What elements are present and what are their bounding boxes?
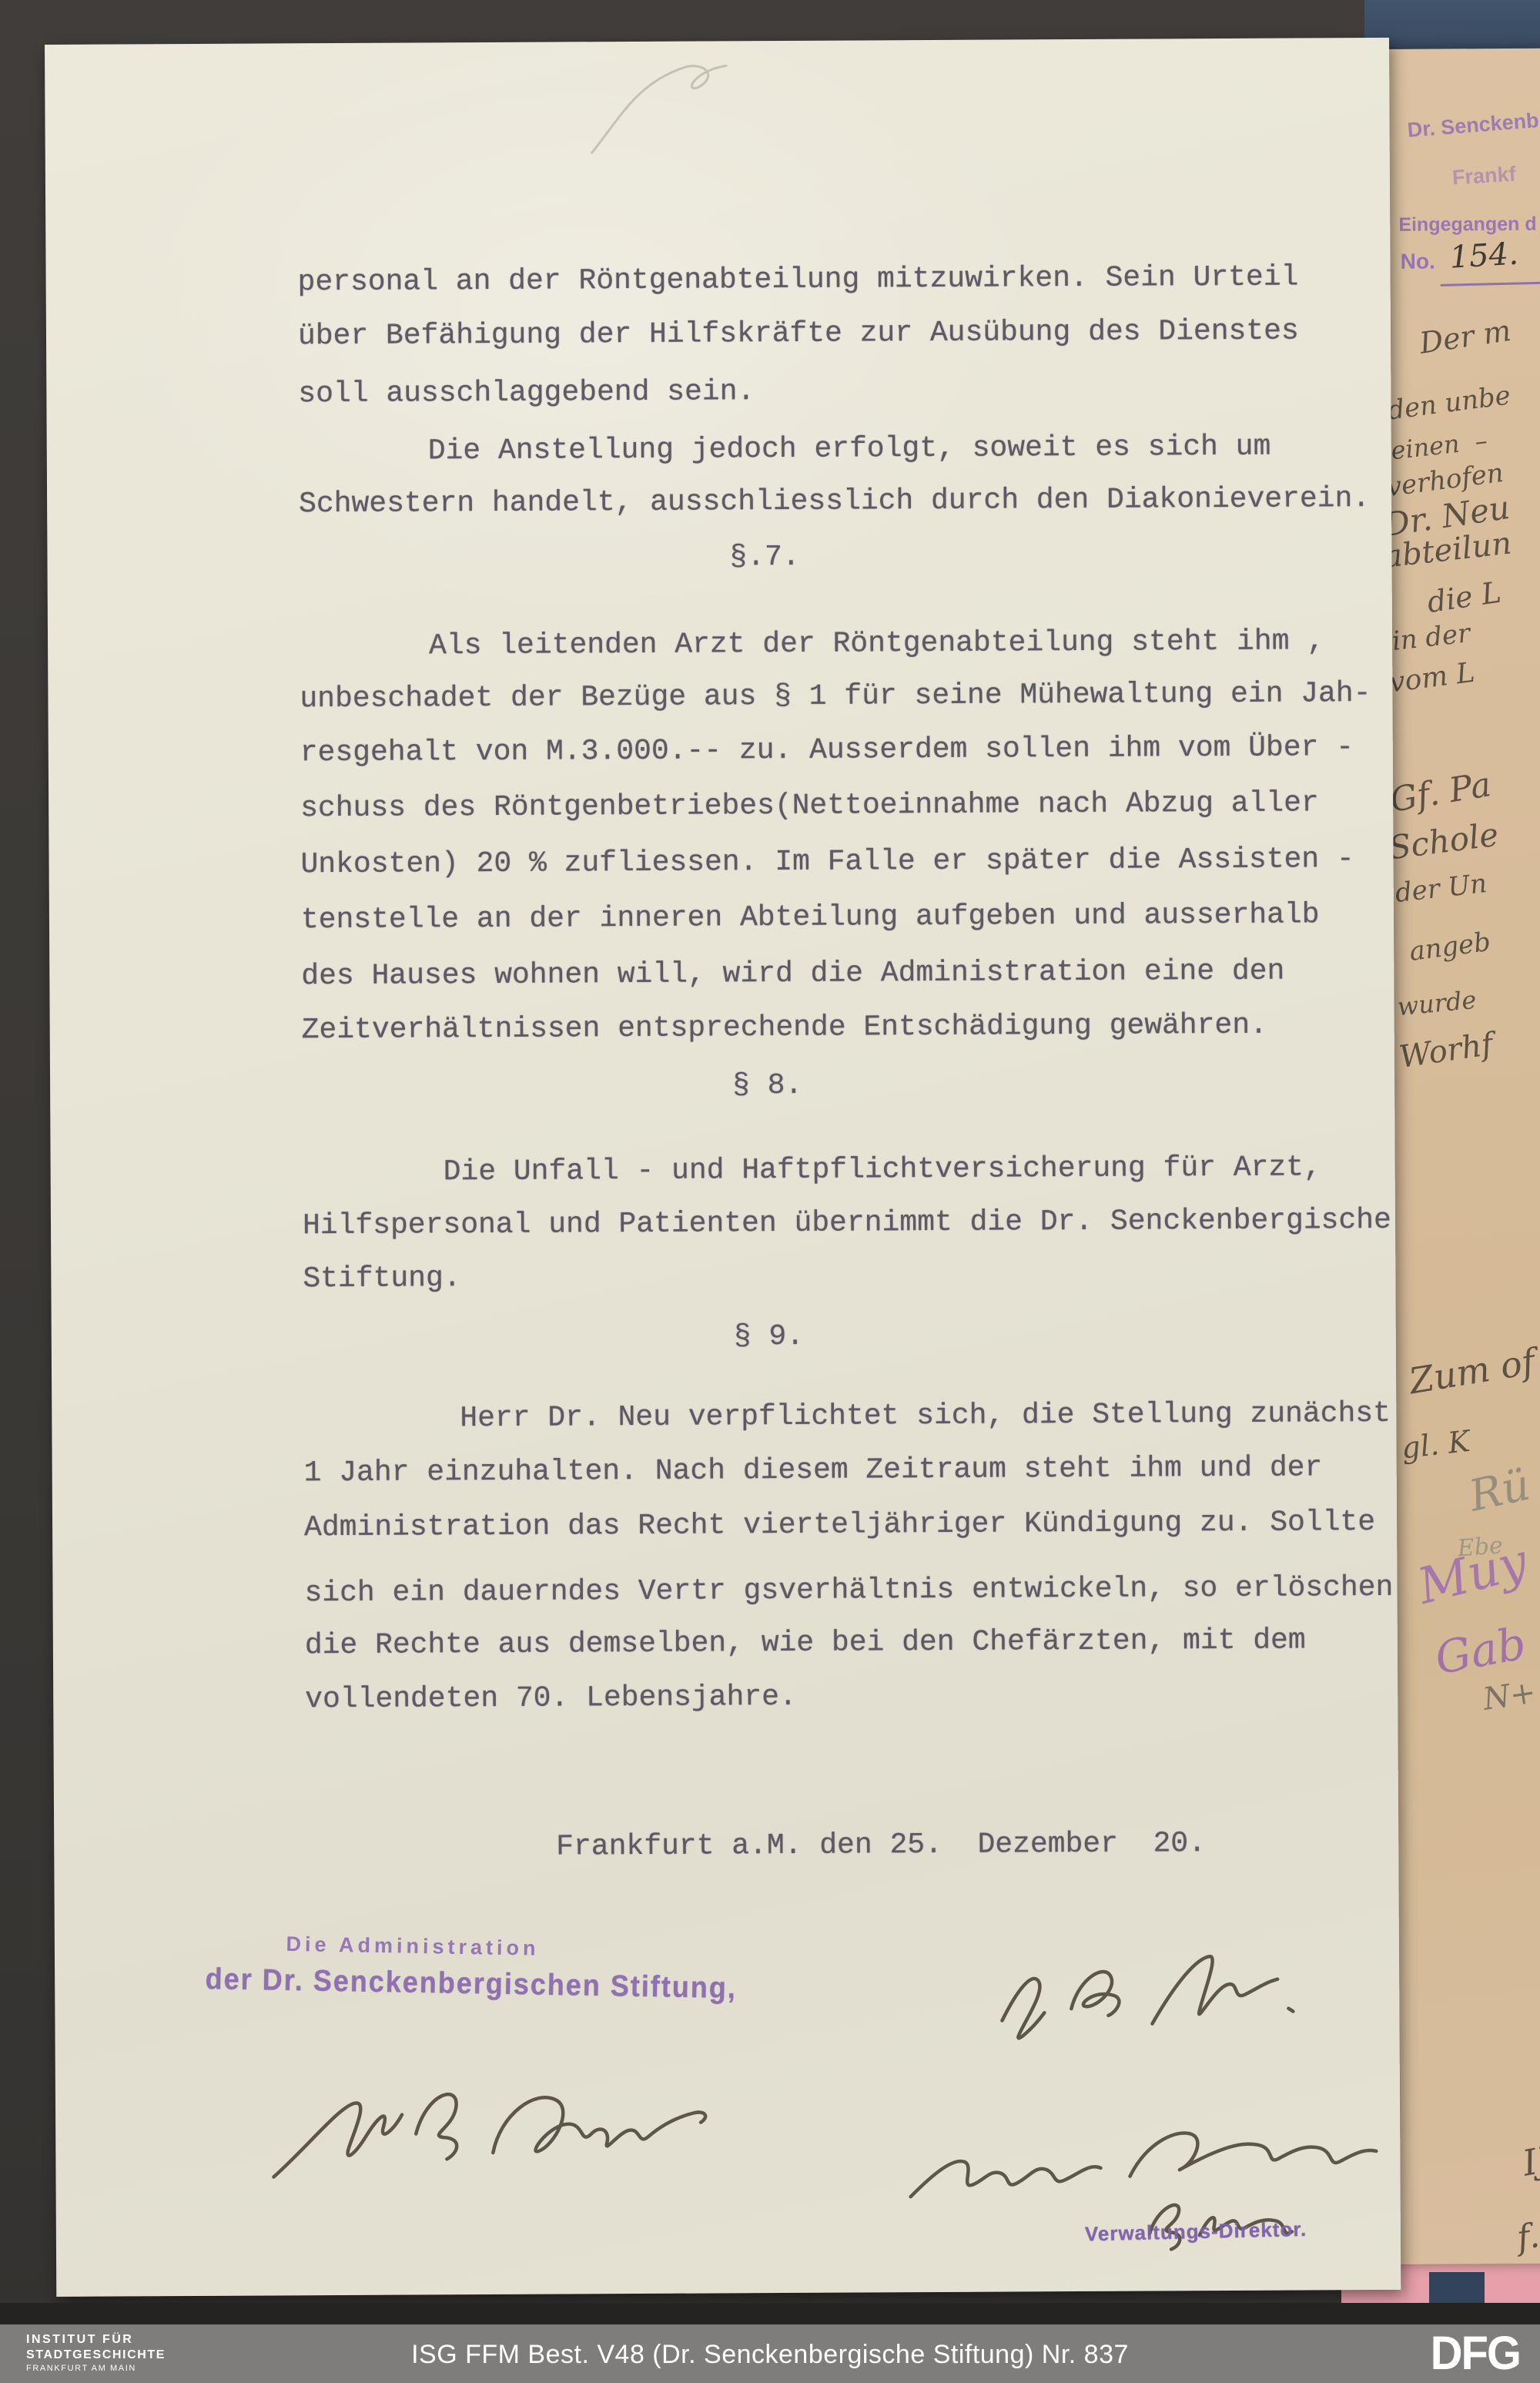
typewritten-line: § 8.	[732, 1071, 802, 1101]
verwaltungs-direktor-stamp: Verwaltungs-Direktor.	[1085, 2217, 1307, 2247]
handwriting-fragment: einen –	[1389, 426, 1488, 466]
handwriting-fragment: N+	[1481, 1674, 1538, 1717]
administration-stamp-line2: der Dr. Senckenbergischen Stiftung,	[205, 1961, 737, 2005]
received-stamp-city: Frankf	[1451, 163, 1516, 190]
handwriting-fragment: die L	[1425, 575, 1504, 620]
typewritten-line: Zeitverhältnissen entsprechende Entschäd…	[302, 1011, 1267, 1046]
handwriting-fragment: IJ	[1519, 2138, 1540, 2184]
typewritten-line: über Befähigung der Hilfskräfte zur Ausü…	[298, 317, 1299, 351]
typewritten-line: Frankfurt a.M. den 25. Dezember 20.	[556, 1829, 1206, 1862]
typewritten-text-layer: personal an der Röntgenabteilung mitzuwi…	[45, 38, 1389, 45]
typewritten-line: unbeschadet der Bezüge aus § 1 für seine…	[300, 679, 1371, 714]
typewritten-line: Unkosten) 20 % zufliessen. Im Falle er s…	[300, 845, 1354, 880]
attached-handwritten-page: Dr. Senckenb. Frankf Eingegangen d No. 1…	[1381, 49, 1540, 2264]
faint-pencil-mark	[568, 52, 746, 168]
typewritten-line: resgehalt von M.3.000.-- zu. Ausserdem s…	[300, 733, 1354, 768]
typewritten-line: des Hauses wohnen will, wird die Adminis…	[301, 957, 1284, 992]
received-number-handwritten: 154.	[1448, 236, 1519, 276]
handwriting-fragment: Worhf	[1397, 1027, 1495, 1075]
signature-roediger	[262, 2059, 725, 2200]
typewritten-line: Schwestern handelt, ausschliesslich durc…	[299, 484, 1370, 519]
typewritten-contract-page: personal an der Röntgenabteilung mitzuwi…	[45, 38, 1401, 2297]
typewritten-line: Die Unfall - und Haftpflichtversicherung…	[444, 1153, 1321, 1187]
handwriting-fragment: der Un	[1394, 868, 1488, 909]
handwriting-fragment: Rü	[1465, 1460, 1534, 1521]
handwriting-fragment: angeb	[1408, 927, 1492, 967]
typewritten-line: Herr Dr. Neu verpflichtet sich, die Stel…	[460, 1399, 1391, 1433]
handwriting-fragment: vom L	[1388, 657, 1477, 699]
typewritten-line: personal an der Röntgenabteilung mitzuwi…	[298, 263, 1299, 297]
typewritten-line: 1 Jahr einzuhalten. Nach diesem Zeitraum…	[304, 1453, 1323, 1488]
typewritten-line: Stiftung.	[303, 1264, 460, 1294]
scanned-archive-page: Dr. Senckenb. Frankf Eingegangen d No. 1…	[0, 0, 1540, 2383]
dfg-logo: DFG	[1431, 2326, 1520, 2380]
administration-stamp-line1: Die Administration	[286, 1932, 738, 1964]
typewritten-line: schuss des Röntgenbetriebes(Nettoeinnahm…	[300, 789, 1319, 823]
footer-bar: INSTITUT FÜR STADTGESCHICHTE FRANKFURT A…	[0, 2324, 1540, 2383]
received-stamp-no-label: No.	[1401, 250, 1435, 274]
typewritten-line: die Rechte aus demselben, wie bei den Ch…	[305, 1626, 1306, 1661]
archive-reference: ISG FFM Best. V48 (Dr. Senckenbergische …	[0, 2340, 1540, 2370]
signature-neu	[979, 1934, 1318, 2051]
typewritten-line: §.7.	[729, 543, 799, 572]
received-stamp-eingegangen: Eingegangen d	[1398, 213, 1536, 236]
handwriting-fragment: Gab	[1431, 1617, 1530, 1684]
handwriting-fragment: f.	[1515, 2216, 1540, 2258]
handwriting-fragment: gl. K	[1400, 1424, 1471, 1466]
handwriting-fragment: wurde	[1396, 985, 1478, 1021]
typewritten-line: soll ausschlaggebend sein.	[298, 377, 755, 409]
received-stamp-org: Dr. Senckenb.	[1407, 109, 1540, 142]
typewritten-line: sich ein dauerndes Vertr gsverhältnis en…	[304, 1574, 1393, 1608]
handwriting-fragment: in der	[1391, 618, 1472, 657]
handwriting-fragment: den unbe	[1386, 380, 1512, 426]
administration-stamp: Die Administration der Dr. Senckenbergis…	[205, 1931, 737, 2004]
typewritten-line: tenstelle an der inneren Abteilung aufge…	[301, 900, 1320, 935]
typewritten-line: Administration das Recht vierteljähriger…	[304, 1508, 1375, 1543]
typewritten-line: § 9.	[734, 1322, 804, 1352]
handwriting-fragment: Zum of	[1406, 1340, 1538, 1402]
handwriting-fragment: Schole	[1387, 816, 1501, 867]
handwriting-fragment: Muy	[1412, 1533, 1533, 1616]
handwriting-fragment: Der m	[1418, 313, 1513, 360]
pre-footer-dark-strip	[0, 2303, 1540, 2324]
typewritten-line: Hilfspersonal und Patienten übernimmt di…	[303, 1206, 1391, 1241]
received-number-underline	[1441, 281, 1540, 287]
typewritten-line: Als leitenden Arzt der Röntgenabteilung …	[429, 627, 1324, 661]
handwriting-fragment: Gf. Pa	[1388, 765, 1494, 820]
typewritten-line: Die Anstellung jedoch erfolgt, soweit es…	[428, 433, 1271, 467]
typewritten-line: vollendeten 70. Lebensjahre.	[305, 1683, 797, 1714]
